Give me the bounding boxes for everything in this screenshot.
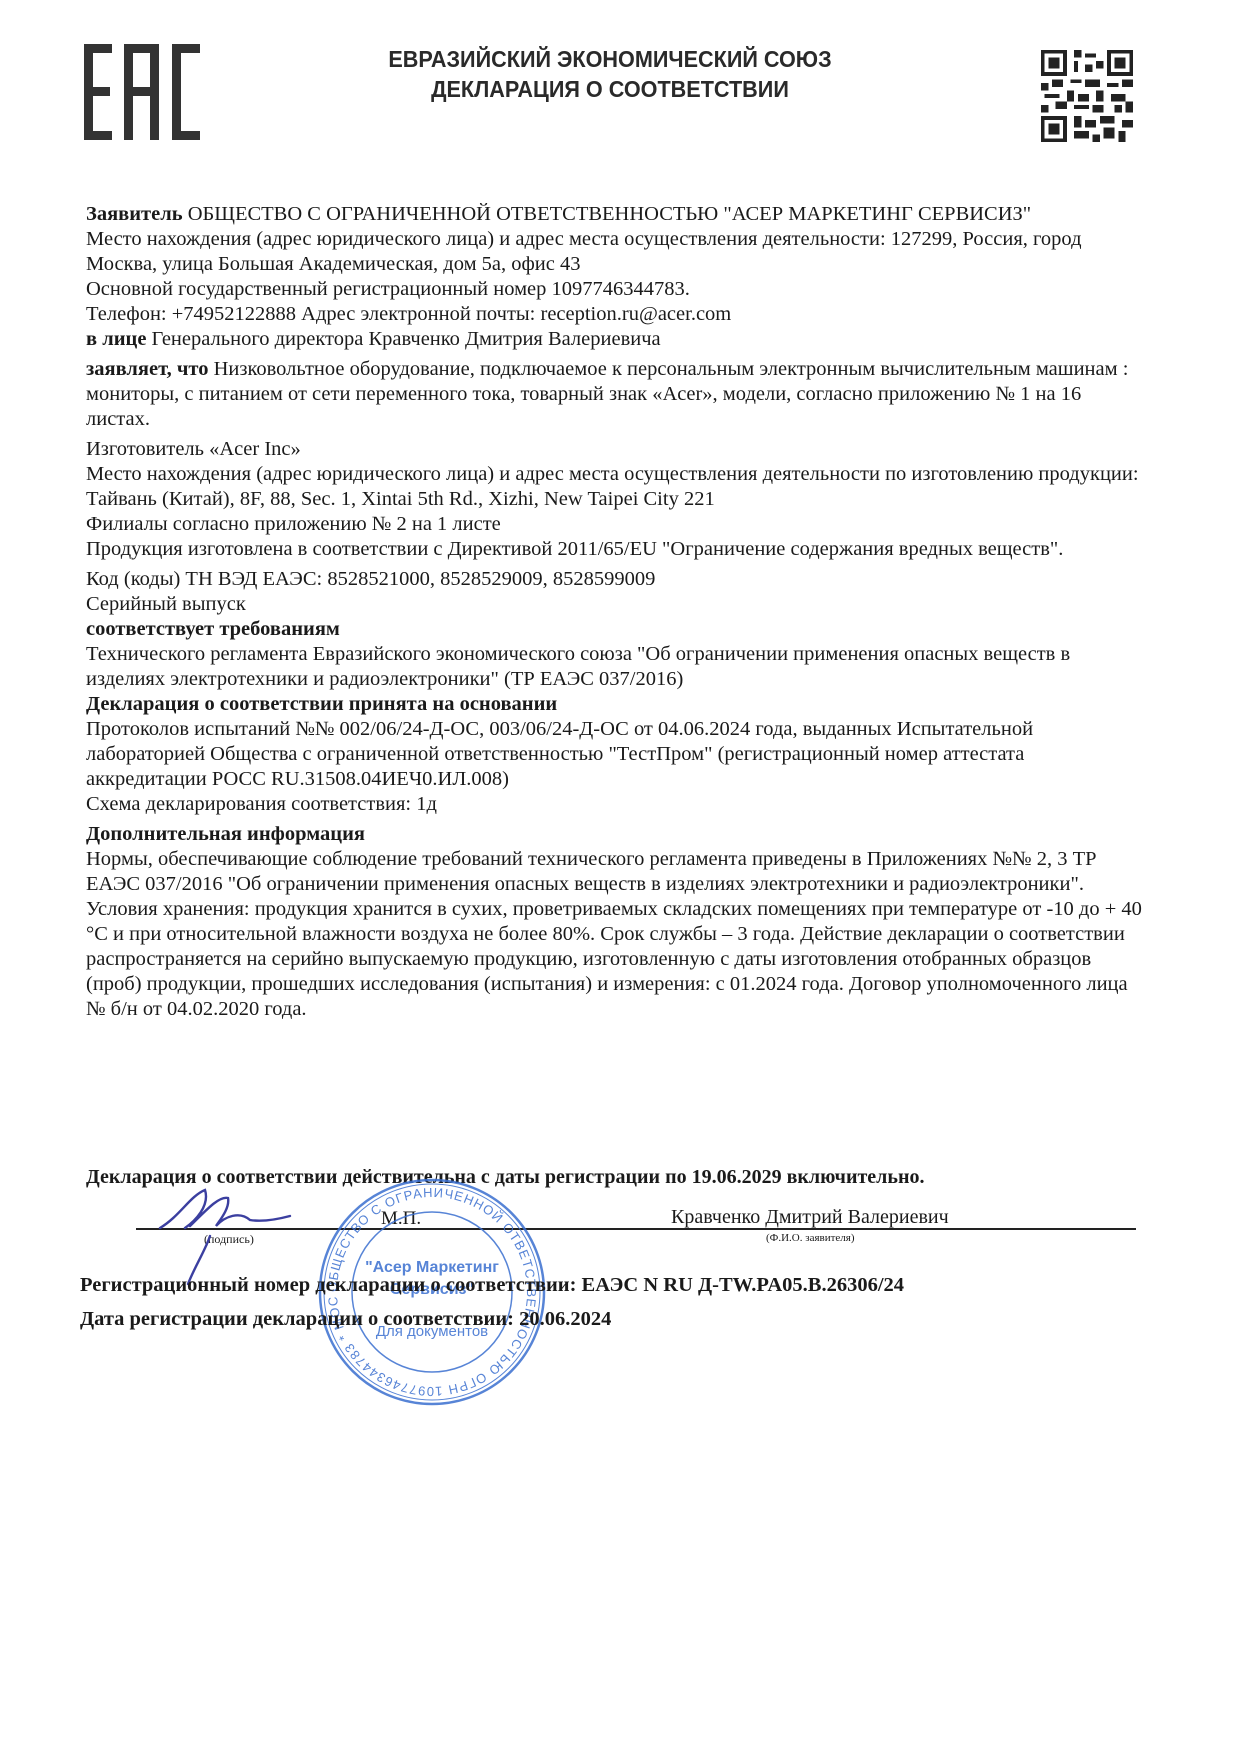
conforms-label: соответствует требованиям: [86, 617, 1146, 642]
conforms-text: Технического регламента Евразийского эко…: [86, 642, 1146, 692]
release-type: Серийный выпуск: [86, 592, 1146, 617]
union-title: ЕВРАЗИЙСКИЙ ЭКОНОМИЧЕСКИЙ СОЮЗ: [281, 44, 939, 74]
document-header: ЕВРАЗИЙСКИЙ ЭКОНОМИЧЕСКИЙ СОЮЗ ДЕКЛАРАЦИ…: [281, 44, 939, 104]
registration-number: Регистрационный номер декларации о соотв…: [80, 1268, 904, 1302]
declaration-body: Заявитель ОБЩЕСТВО С ОГРАНИЧЕННОЙ ОТВЕТС…: [86, 202, 1146, 1022]
applicant-label: Заявитель: [86, 203, 183, 225]
registration-date: Дата регистрации декларации о соответств…: [80, 1302, 904, 1336]
eac-logo: [84, 44, 200, 140]
additional-text: Нормы, обеспечивающие соблюдение требова…: [86, 847, 1146, 1022]
declaration-title: ДЕКЛАРАЦИЯ О СООТВЕТСТВИИ: [281, 74, 939, 104]
hs-codes: Код (коды) ТН ВЭД ЕАЭС: 8528521000, 8528…: [86, 567, 1146, 592]
applicant-ogrn: Основной государственный регистрационный…: [86, 277, 1146, 302]
signatory-name: Кравченко Дмитрий Валериевич: [671, 1206, 949, 1229]
declares-section: заявляет, что Низковольтное оборудование…: [86, 357, 1146, 432]
manufacturer-name: Изготовитель «Acer Inc»: [86, 437, 1146, 462]
basis-label: Декларация о соответствии принята на осн…: [86, 692, 1146, 717]
declares-text: Низковольтное оборудование, подключаемое…: [86, 358, 1128, 430]
applicant-contacts: Телефон: +74952122888 Адрес электронной …: [86, 302, 1146, 327]
applicant-address: Место нахождения (адрес юридического лиц…: [86, 227, 1146, 277]
basis-scheme: Схема декларирования соответствия: 1д: [86, 792, 1146, 817]
representative-name: Генерального директора Кравченко Дмитрия…: [146, 328, 660, 350]
basis-text: Протоколов испытаний №№ 002/06/24-Д-ОС, …: [86, 717, 1146, 792]
applicant-representative: в лице Генерального директора Кравченко …: [86, 327, 1146, 352]
additional-label: Дополнительная информация: [86, 822, 1146, 847]
applicant-section: Заявитель ОБЩЕСТВО С ОГРАНИЧЕННОЙ ОТВЕТС…: [86, 202, 1146, 227]
qr-code-icon: [1040, 50, 1134, 142]
applicant-name: ОБЩЕСТВО С ОГРАНИЧЕННОЙ ОТВЕТСТВЕННОСТЬЮ…: [183, 203, 1032, 225]
manufacturer-directive: Продукция изготовлена в соответствии с Д…: [86, 537, 1146, 562]
representative-label: в лице: [86, 328, 146, 350]
declares-label: заявляет, что: [86, 358, 208, 380]
registration-block: Регистрационный номер декларации о соотв…: [80, 1268, 904, 1336]
fio-label: (Ф.И.О. заявителя): [766, 1232, 855, 1244]
manufacturer-branches: Филиалы согласно приложению № 2 на 1 лис…: [86, 512, 1146, 537]
manufacturer-address: Место нахождения (адрес юридического лиц…: [86, 462, 1146, 512]
